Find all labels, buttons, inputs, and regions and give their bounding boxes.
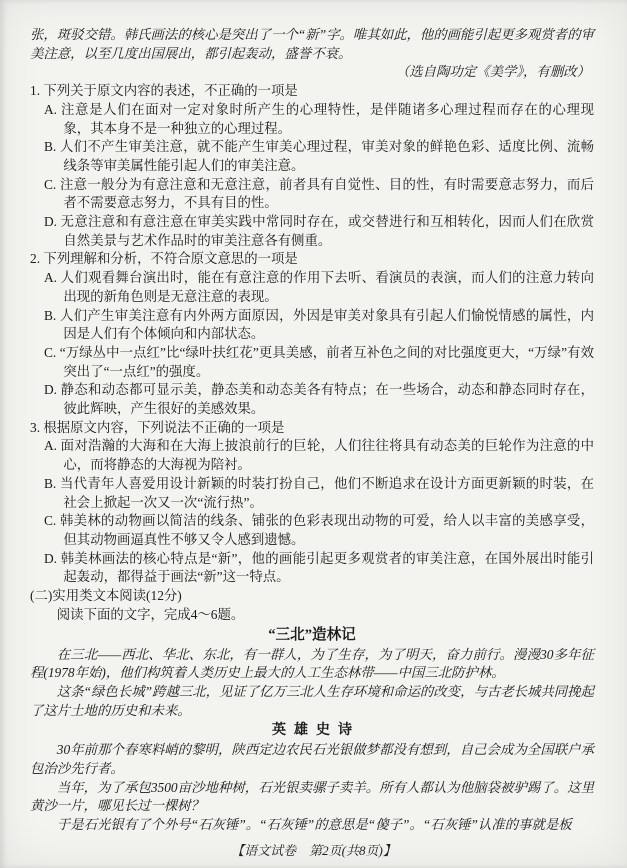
reading-section-heading: (二)实用类文本阅读(12分)	[30, 587, 594, 606]
passage-paragraph-2: 这条“绿色长城”跨越三北，见证了亿万三北人生存环境和命运的改变，与古老长城共同挽…	[30, 683, 594, 720]
page-body: 张，斑驳交错。韩氏画法的核心是突出了一个“新”字。唯其如此，他的画能引起更多观赏…	[30, 26, 594, 835]
question-3-option-a: A. 面对浩瀚的大海和在大海上披浪前行的巨轮，人们往往将具有动态美的巨轮作为注意…	[44, 437, 594, 474]
question-1-option-c: C. 注意一般分为有意注意和无意注意，前者具有自觉性、目的性，有时需要意志努力，…	[44, 176, 594, 213]
exam-page: 张，斑驳交错。韩氏画法的核心是突出了一个“新”字。唯其如此，他的画能引起更多观赏…	[0, 0, 627, 868]
question-block-2: 2. 下列理解和分析，不符合原文意思的一项是 A. 人们观看舞台演出时，能在有意…	[30, 250, 594, 418]
page-footer: 【语文试卷 第2页(共8页)】	[0, 840, 627, 859]
passage-paragraph-5: 于是石光银有了个外号“石灰锤”。“石灰锤”的意思是“傻子”。“石灰锤”认准的事就…	[30, 816, 594, 835]
question-1-options: A. 注意是人们在面对一定对象时所产生的心理特性，是伴随诸多心理过程而存在的心理…	[44, 101, 594, 251]
passage-title: “三北”造林记	[30, 625, 594, 646]
question-1-option-d: D. 无意注意和有意注意在审美实践中常同时存在，或交替进行和互相转化，因而人们在…	[44, 213, 594, 250]
question-3-option-d: D. 韩美林画法的核心特点是“新”，他的画能引起更多观赏者的审美注意，在国外展出…	[44, 550, 594, 587]
question-2-option-b: B. 人们产生审美注意有内外两方面原因，外因是审美对象具有引起人们愉悦情感的属性…	[44, 307, 594, 344]
question-3-stem: 3. 根据原文内容，下列说法不正确的一项是	[30, 419, 594, 438]
source-attribution: （选自陶功定《美学》，有删改）	[30, 63, 594, 82]
passage-continuation: 张，斑驳交错。韩氏画法的核心是突出了一个“新”字。唯其如此，他的画能引起更多观赏…	[30, 26, 594, 63]
question-1-option-a: A. 注意是人们在面对一定对象时所产生的心理特性，是伴随诸多心理过程而存在的心理…	[44, 101, 594, 138]
passage-subtitle: 英雄史诗	[30, 720, 594, 741]
question-2-stem: 2. 下列理解和分析，不符合原文意思的一项是	[30, 250, 594, 269]
question-2-options: A. 人们观看舞台演出时，能在有意注意的作用下去听、看演员的表演，而人们的注意力…	[44, 269, 594, 419]
question-3-option-c: C. 韩美林的动物画以简洁的线条、铺张的色彩表现出动物的可爱，给人以丰富的美感享…	[44, 512, 594, 549]
passage-paragraph-3: 30年前那个春寒料峭的黎明，陕西定边农民石光银做梦都没有想到，自己会成为全国联户…	[30, 741, 594, 778]
passage-paragraph-1: 在三北——西北、华北、东北，有一群人，为了生存，为了明天，奋力前行。漫漫30多年…	[30, 646, 594, 683]
question-2-option-d: D. 静态和动态都可显示美，静态美和动态美各有特点；在一些场合，动态和静态同时存…	[44, 381, 594, 418]
question-2-option-a: A. 人们观看舞台演出时，能在有意注意的作用下去听、看演员的表演，而人们的注意力…	[44, 269, 594, 306]
question-3-options: A. 面对浩瀚的大海和在大海上披浪前行的巨轮，人们往往将具有动态美的巨轮作为注意…	[44, 437, 594, 587]
question-block-1: 1. 下列关于原文内容的表述，不正确的一项是 A. 注意是人们在面对一定对象时所…	[30, 82, 594, 250]
question-1-stem: 1. 下列关于原文内容的表述，不正确的一项是	[30, 82, 594, 101]
passage-paragraph-4: 当年，为了承包3500亩沙地种树，石光银卖骡子卖羊。所有人都认为他脑袋被驴踢了。…	[30, 779, 594, 816]
reading-instruction: 阅读下面的文字，完成4～6题。	[30, 606, 594, 625]
question-2-option-c: C. “万绿丛中一点红”比“绿叶扶红花”更具美感，前者互补色之间的对比强度更大，…	[44, 344, 594, 381]
reading-section: (二)实用类文本阅读(12分) 阅读下面的文字，完成4～6题。 “三北”造林记 …	[30, 587, 594, 835]
question-1-option-b: B. 人们不产生审美注意，就不能产生审美心理过程，审美对象的鲜艳色彩、适度比例、…	[44, 138, 594, 175]
question-3-option-b: B. 当代青年人喜爱用设计新颖的时装打扮自己，他们不断追求在设计方面更新颖的时装…	[44, 475, 594, 512]
question-block-3: 3. 根据原文内容，下列说法不正确的一项是 A. 面对浩瀚的大海和在大海上披浪前…	[30, 419, 594, 587]
